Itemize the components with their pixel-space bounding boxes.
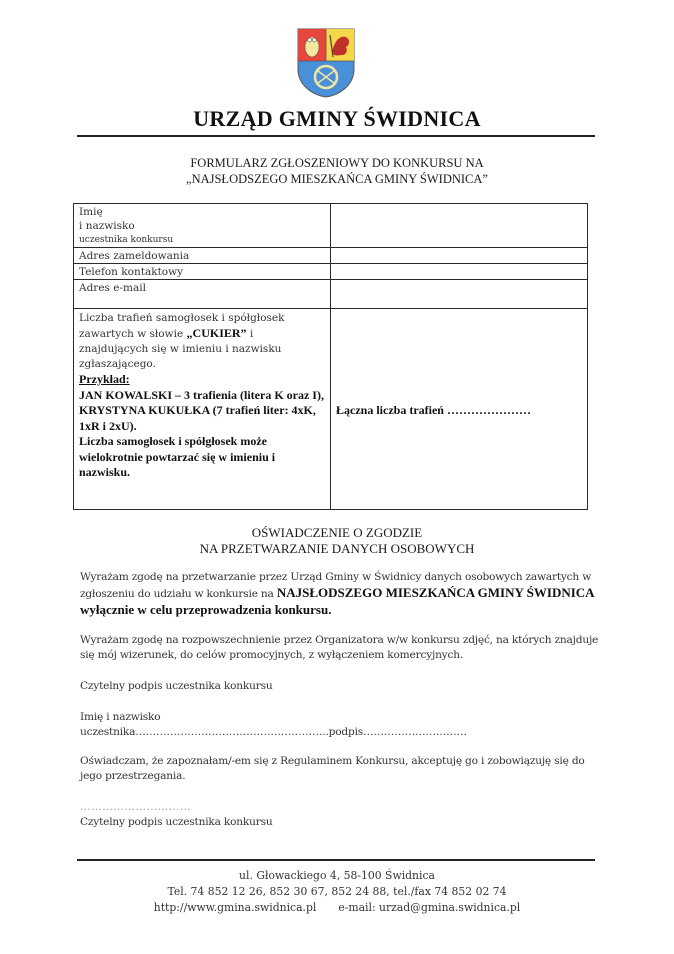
footer-contact: http://www.gmina.swidnica.ple-mail: urza… xyxy=(0,900,674,916)
address-field[interactable] xyxy=(331,248,588,264)
form-title: FORMULARZ ZGŁOSZENIOWY DO KONKURSU NA „N… xyxy=(0,155,674,187)
name-label-line-1: Imię xyxy=(79,205,325,219)
form-title-line-2: „NAJSŁODSZEGO MIESZKAŃCA GMINY ŚWIDNICA” xyxy=(0,171,674,187)
example-label: Przykład: xyxy=(79,372,325,388)
table-row: Liczba trafień samogłosek i spółgłosek z… xyxy=(74,309,588,510)
email-field[interactable] xyxy=(331,280,588,309)
rules-acceptance: Oświadczam, że zapoznałam/-em się z Regu… xyxy=(80,754,600,784)
email-link[interactable]: e-mail: urzad@gmina.swidnica.pl xyxy=(338,901,520,914)
name-label: Imię i nazwisko uczestnika konkursu xyxy=(74,204,331,248)
final-signature-line[interactable]: ………………………… xyxy=(80,800,600,815)
footer-address: ul. Głowackiego 4, 58-100 Świdnica xyxy=(0,868,674,884)
entry-form-table: Imię i nazwisko uczestnika konkursu Adre… xyxy=(73,203,588,510)
table-row: Adres e-mail xyxy=(74,280,588,309)
rule-intro: Liczba trafień samogłosek i spółgłosek z… xyxy=(79,311,325,372)
example-2: KRYSTYNA KUKUŁKA (7 trafień liter: 4xK, … xyxy=(79,403,325,434)
total-hits-field[interactable]: Łączna liczba trafień ………………… xyxy=(331,309,588,510)
consent-image-use: Wyrażam zgodę na rozpowszechnienie przez… xyxy=(80,633,600,663)
consent-title-line-2: NA PRZETWARZANIE DANYCH OSOBOWYCH xyxy=(0,541,674,557)
name-field[interactable] xyxy=(331,204,588,248)
footer: ul. Głowackiego 4, 58-100 Świdnica Tel. … xyxy=(0,868,674,916)
header-divider xyxy=(77,135,595,137)
phone-label: Telefon kontaktowy xyxy=(74,264,331,280)
name-label-line-2: i nazwisko xyxy=(79,219,325,233)
name-signature-block: Imię i nazwisko uczestnika……………………………………… xyxy=(80,710,600,740)
table-row: Imię i nazwisko uczestnika konkursu xyxy=(74,204,588,248)
consent-data-processing: Wyrażam zgodę na przetwarzanie przez Urz… xyxy=(80,570,600,619)
website-link[interactable]: http://www.gmina.swidnica.pl xyxy=(154,901,317,914)
participant-name-label: Imię i nazwisko xyxy=(80,710,600,725)
example-1: JAN KOWALSKI – 3 trafienia (litera K ora… xyxy=(79,388,325,404)
signature-label-2: Czytelny podpis uczestnika konkursu xyxy=(80,815,600,830)
signature-label-1: Czytelny podpis uczestnika konkursu xyxy=(80,679,600,694)
table-row: Adres zameldowania xyxy=(74,248,588,264)
coat-of-arms-icon xyxy=(296,27,356,99)
contest-rule-cell: Liczba trafień samogłosek i spółgłosek z… xyxy=(74,309,331,510)
address-label: Adres zameldowania xyxy=(74,248,331,264)
final-signature-block: ………………………… Czytelny podpis uczestnika ko… xyxy=(80,800,600,830)
rule-note: Liczba samogłosek i spółgłosek może wiel… xyxy=(79,434,325,481)
phone-field[interactable] xyxy=(331,264,588,280)
footer-phones: Tel. 74 852 12 26, 852 30 67, 852 24 88,… xyxy=(0,884,674,900)
footer-divider xyxy=(77,859,595,861)
table-row: Telefon kontaktowy xyxy=(74,264,588,280)
consent-title: OŚWIADCZENIE O ZGODZIE NA PRZETWARZANIE … xyxy=(0,525,674,557)
organization-title: URZĄD GMINY ŚWIDNICA xyxy=(0,106,674,132)
name-label-sub: uczestnika konkursu xyxy=(79,233,325,247)
participant-name-signature-line[interactable]: uczestnika………………………………………………..podpis…………… xyxy=(80,725,600,740)
form-title-line-1: FORMULARZ ZGŁOSZENIOWY DO KONKURSU NA xyxy=(0,155,674,171)
consent-title-line-1: OŚWIADCZENIE O ZGODZIE xyxy=(0,525,674,541)
email-label: Adres e-mail xyxy=(74,280,331,309)
